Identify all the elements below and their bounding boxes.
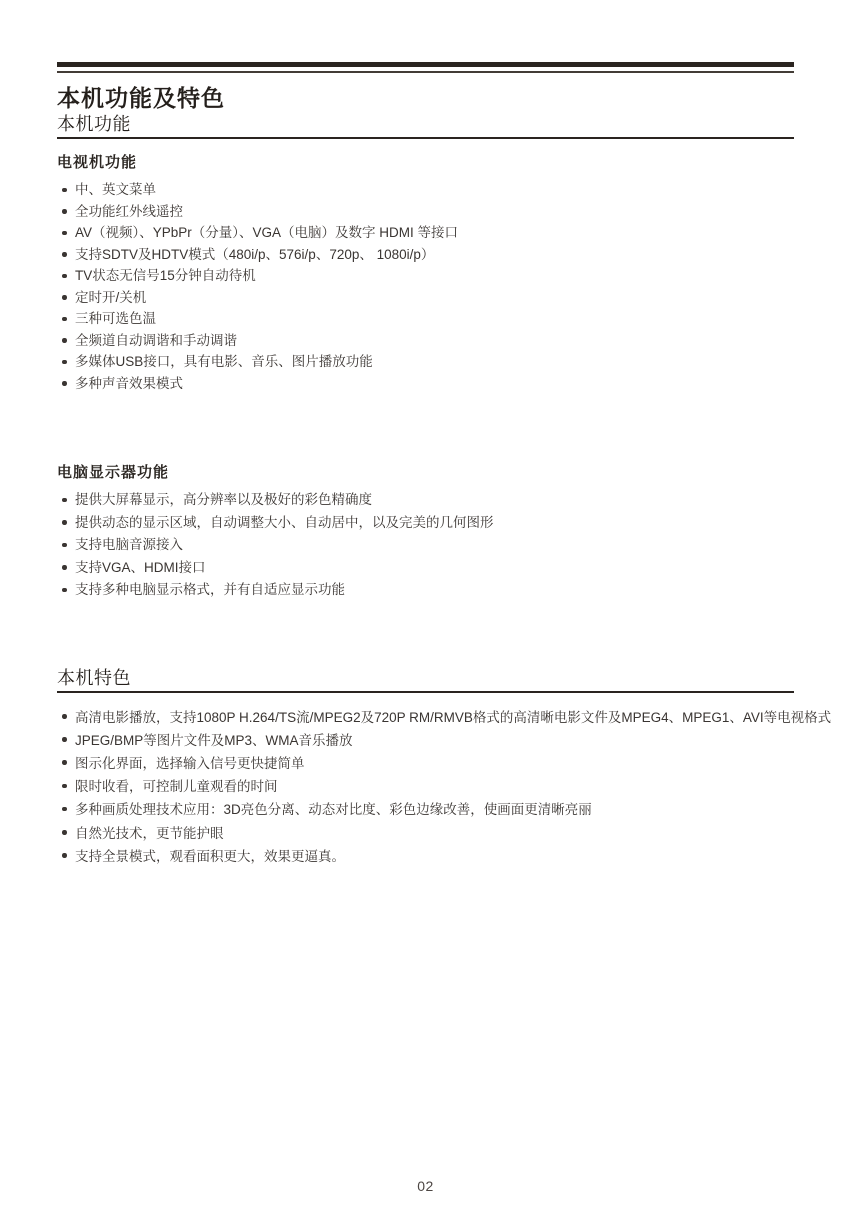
list-item: 支持电脑音源接入: [57, 534, 794, 557]
list-item: 支持多种电脑显示格式，并有自适应显示功能: [57, 579, 794, 602]
list-item: 支持全景模式，观看面积更大，效果更逼真。: [57, 845, 794, 868]
list-item: AV（视频）、YPbPr（分量）、VGA（电脑）及数字 HDMI 等接口: [57, 222, 794, 244]
monitor-functions-list: 提供大屏幕显示，高分辨率以及极好的彩色精确度 提供动态的显示区域，自动调整大小、…: [57, 489, 794, 602]
top-rule-thick: [57, 62, 794, 67]
list-item: 限时收看，可控制儿童观看的时间: [57, 775, 794, 798]
manual-page: 本机功能及特色 本机功能 电视机功能 中、英文菜单 全功能红外线遥控 AV（视频…: [0, 0, 851, 1229]
list-item: 多媒体USB接口，具有电影、音乐、图片播放功能: [57, 351, 794, 373]
list-item: 定时开/关机: [57, 287, 794, 309]
list-item: 三种可选色温: [57, 308, 794, 330]
list-item: JPEG/BMP等图片文件及MP3、WMA音乐播放: [57, 729, 794, 752]
page-content: 本机功能及特色 本机功能 电视机功能 中、英文菜单 全功能红外线遥控 AV（视频…: [57, 0, 794, 868]
top-rule-thin: [57, 71, 794, 73]
list-item: 支持VGA、HDMI接口: [57, 557, 794, 580]
section-heading-functions: 本机功能: [57, 114, 794, 139]
list-item: 多种声音效果模式: [57, 373, 794, 395]
list-item: 全频道自动调谐和手动调谐: [57, 330, 794, 352]
list-item: 全功能红外线遥控: [57, 201, 794, 223]
tv-functions-list: 中、英文菜单 全功能红外线遥控 AV（视频）、YPbPr（分量）、VGA（电脑）…: [57, 179, 794, 394]
list-item: TV状态无信号15分钟自动待机: [57, 265, 794, 287]
features-list: 高清电影播放，支持1080P H.264/TS流/MPEG2及720P RM/R…: [57, 706, 794, 868]
sub-heading-tv-functions: 电视机功能: [57, 154, 794, 172]
list-item: 提供动态的显示区域，自动调整大小、自动居中，以及完美的几何图形: [57, 512, 794, 535]
list-item: 图示化界面，选择输入信号更快捷简单: [57, 752, 794, 775]
sub-heading-monitor-functions: 电脑显示器功能: [57, 464, 794, 482]
list-item: 中、英文菜单: [57, 179, 794, 201]
list-item: 高清电影播放，支持1080P H.264/TS流/MPEG2及720P RM/R…: [57, 706, 794, 729]
list-item: 提供大屏幕显示，高分辨率以及极好的彩色精确度: [57, 489, 794, 512]
list-item: 多种画质处理技术应用：3D亮色分离、动态对比度、彩色边缘改善，使画面更清晰亮丽: [57, 798, 794, 821]
page-title: 本机功能及特色: [57, 84, 794, 112]
section-heading-features: 本机特色: [57, 668, 794, 693]
list-item: 自然光技术，更节能护眼: [57, 822, 794, 845]
list-item: 支持SDTV及HDTV模式（480i/p、576i/p、720p、 1080i/…: [57, 244, 794, 266]
page-number: 02: [0, 1178, 851, 1194]
